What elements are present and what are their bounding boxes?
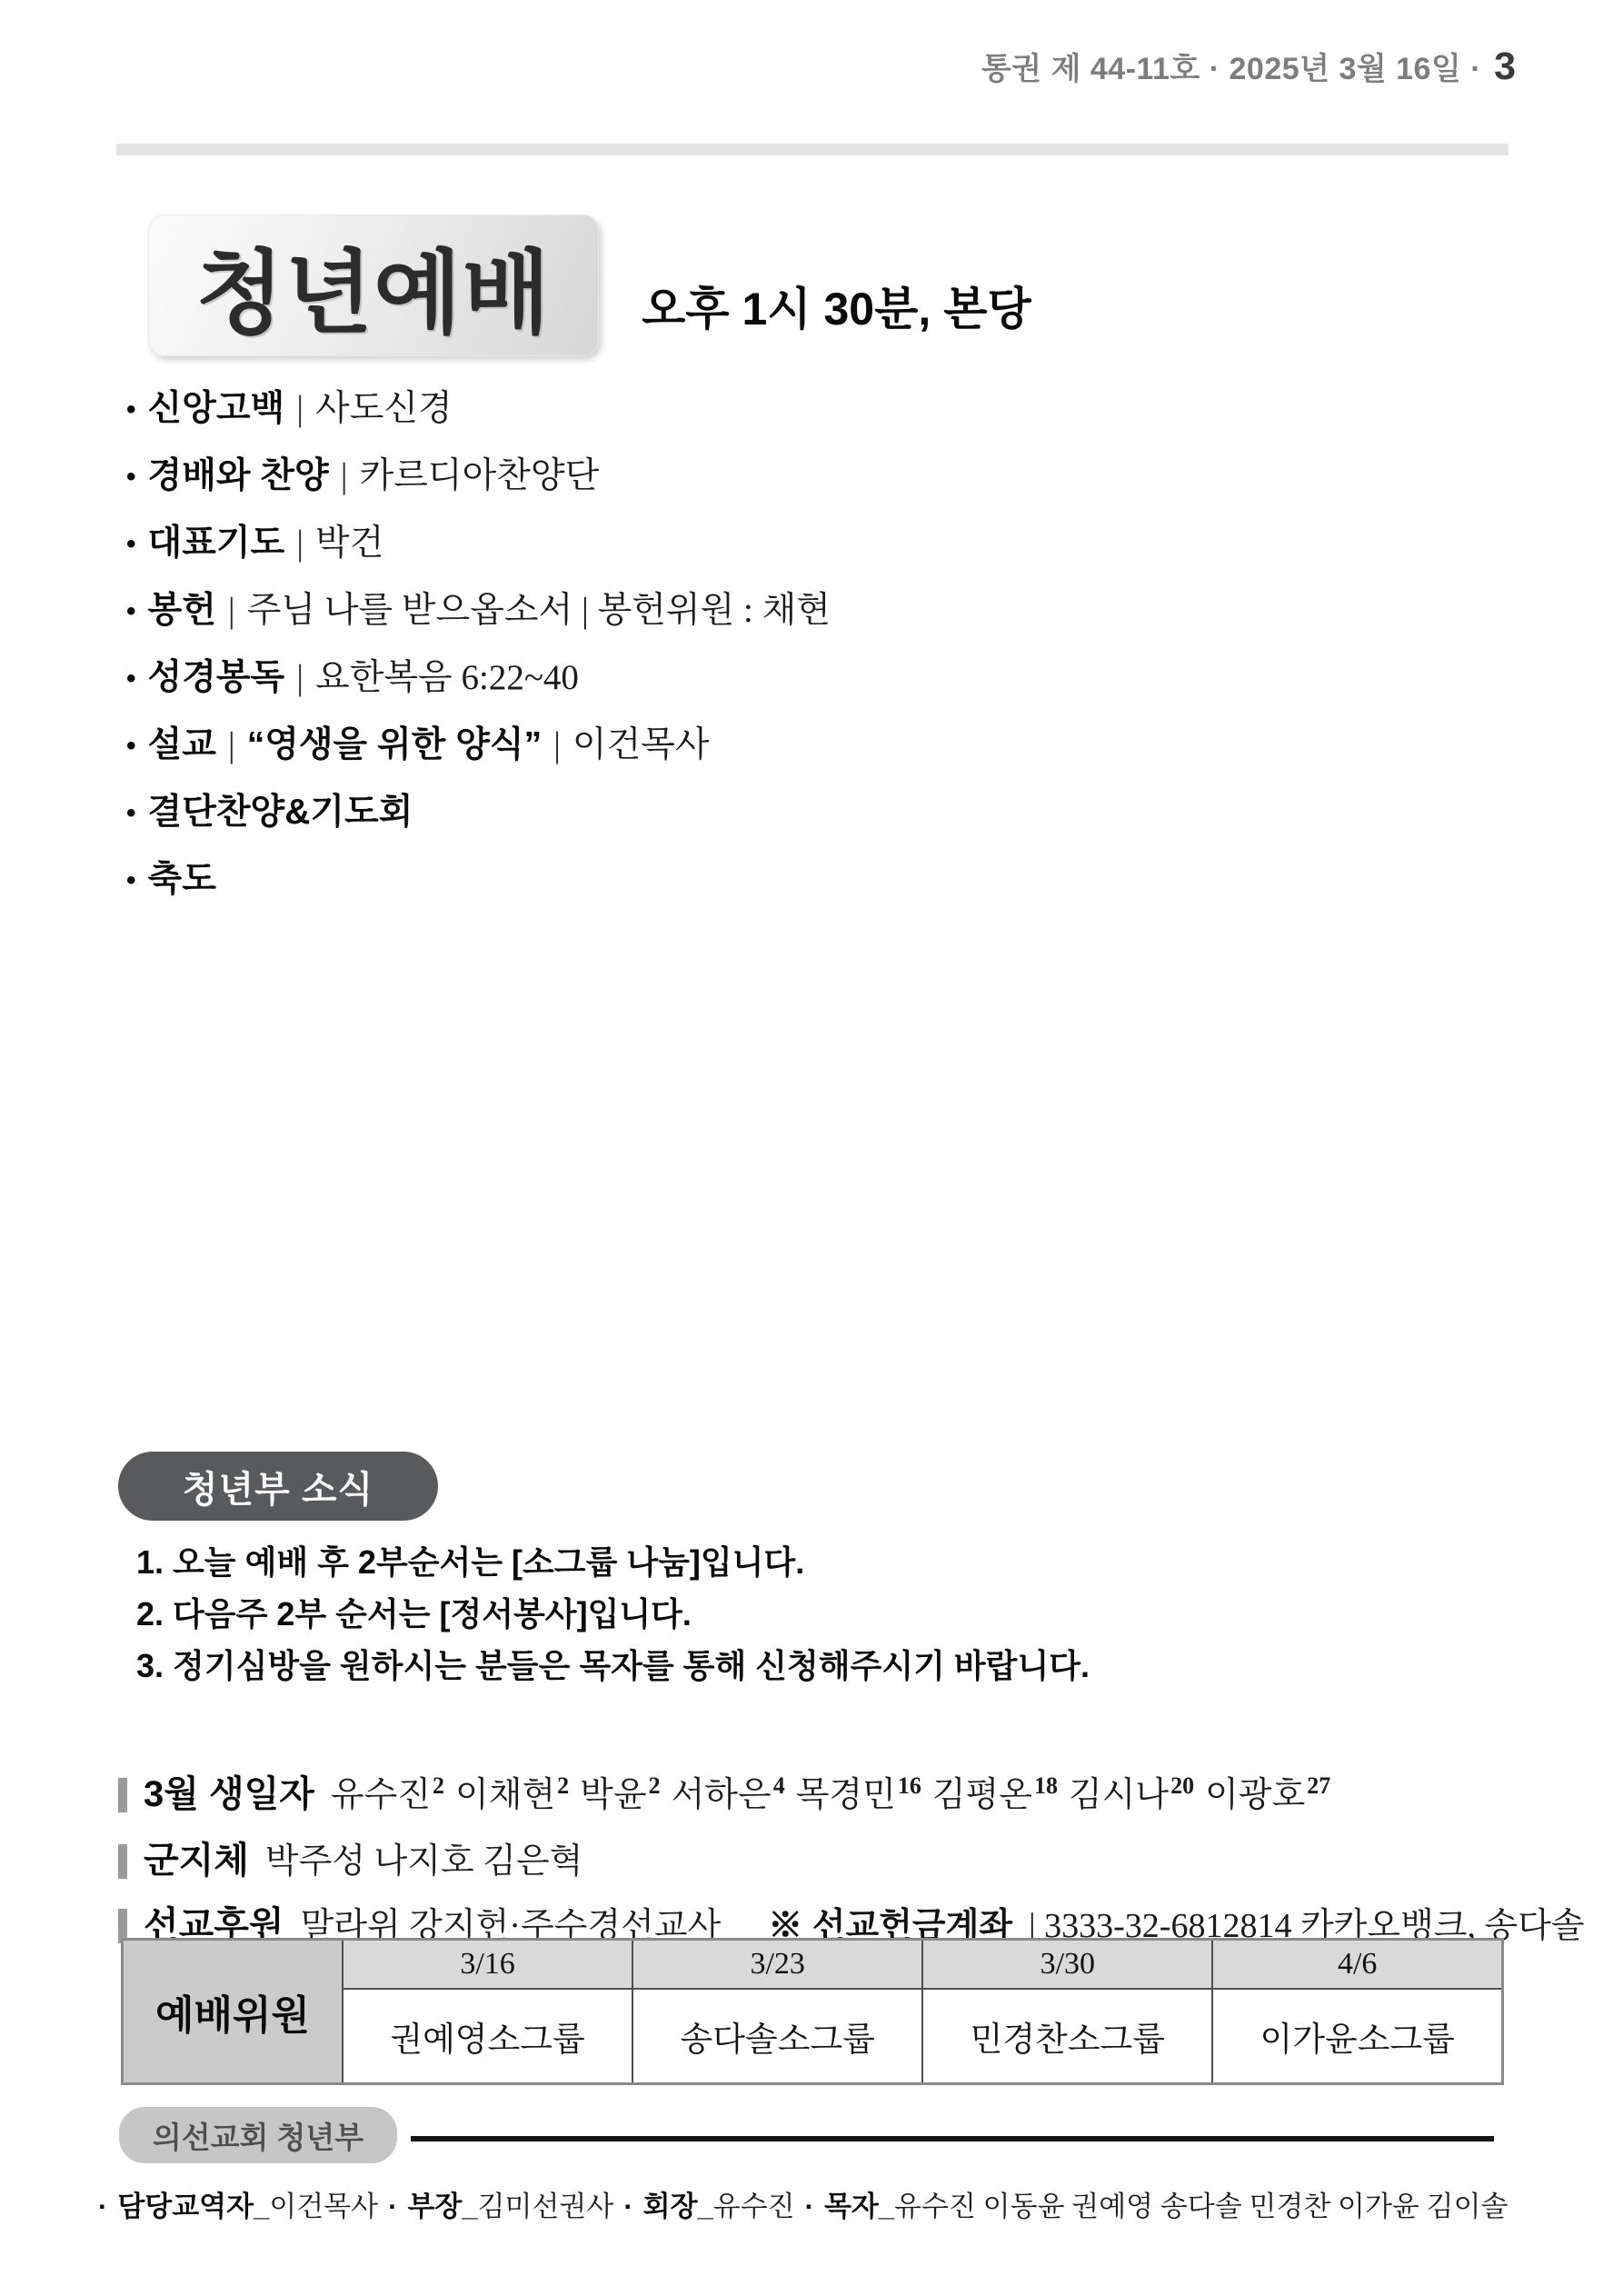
dot-separator: · (388, 2191, 397, 2223)
issue-info: 통권 제 44-11호 · 2025년 3월 16일 · (981, 44, 1481, 88)
section-bar-icon (118, 1844, 127, 1879)
separator: | (228, 724, 235, 765)
separator: | (296, 657, 304, 698)
birthday-name: 유수진2 (331, 1776, 444, 1814)
birthday-day: 2 (649, 1772, 661, 1799)
bullet-icon: • (126, 462, 136, 493)
worship-item-value: 카르디아찬양단 (360, 447, 600, 498)
table-header-row: 예배위원 3/16 3/23 3/30 4/6 (123, 1940, 1503, 1990)
separator: | (296, 388, 304, 429)
worship-item: • 성경봉독 | 요한복음 6:22~40 (126, 649, 831, 716)
birthday-day: 2 (433, 1772, 444, 1799)
announcement-item: 1. 오늘 예배 후 2부순서는 [소그룹 나눔]입니다. (136, 1536, 1090, 1588)
order-of-worship-list: • 신앙고백 | 사도신경 • 경배와 찬양 | 카르디아찬양단 • 대표기도 … (126, 380, 831, 918)
worship-item-label: 봉헌 (148, 582, 216, 633)
birthday-name: 이광호27 (1205, 1776, 1330, 1814)
footer-role: · 부장_ 김미선권사 (378, 2183, 613, 2224)
bullet-icon: • (126, 529, 136, 560)
birthday-name: 김평온18 (932, 1776, 1058, 1814)
birthday-day: 18 (1034, 1772, 1058, 1799)
table-date-header: 3/30 (922, 1940, 1212, 1990)
birthday-day: 16 (898, 1772, 921, 1799)
birthday-name: 목경민16 (796, 1776, 921, 1814)
worship-item-label: 설교 (148, 716, 216, 767)
worship-item: • 신앙고백 | 사도신경 (126, 380, 831, 447)
bullet-icon: • (126, 865, 136, 896)
dot-separator: · (623, 2191, 632, 2223)
table-row-label: 예배위원 (123, 1940, 344, 2084)
birthday-names: 유수진2이채현2박윤2서하은4목경민16김평온18김시나20이광호27 (331, 1766, 1341, 1816)
birthday-day: 27 (1307, 1772, 1330, 1799)
news-section-badge: 청년부 소식 (118, 1452, 438, 1521)
worship-item-label: 경배와 찬양 (148, 447, 329, 498)
bullet-icon: • (126, 731, 136, 762)
worship-item-label: 축도 (148, 851, 216, 902)
table-group-cell: 민경찬소그룹 (922, 1989, 1212, 2084)
birthday-name: 서하은4 (672, 1776, 785, 1814)
footer-role-value: 김미선권사 (478, 2183, 614, 2224)
table-group-cell: 송다솔소그룹 (632, 1989, 922, 2084)
birthday-label: 3월 생일자 (144, 1765, 314, 1817)
bullet-icon: • (126, 394, 136, 425)
worship-item: • 경배와 찬양 | 카르디아찬양단 (126, 447, 831, 514)
footer-role-value: 유수진 이동윤 권예영 송다솔 민경찬 이가윤 김이솔 (894, 2183, 1508, 2224)
news-badge-label: 청년부 소식 (183, 1461, 373, 1512)
worship-item-value: 사도신경 (315, 380, 453, 431)
worship-committee-table: 예배위원 3/16 3/23 3/30 4/6 권예영소그룹 송다솔소그룹 민경… (121, 1938, 1504, 2085)
page-number: 3 (1494, 45, 1516, 89)
footer-role: · 담당교역자_ 이건목사 (88, 2183, 378, 2224)
footer-rule (411, 2136, 1494, 2141)
birthday-day: 4 (773, 1772, 785, 1799)
worship-item: • 봉헌 | 주님 나를 받으옵소서 | 봉헌위원 : 채현 (126, 582, 831, 649)
header: 통권 제 44-11호 · 2025년 3월 16일 · 3 (981, 44, 1516, 89)
military-names: 박주성 나지호 김은혁 (265, 1832, 582, 1882)
separator: | (553, 724, 561, 765)
footer-badge: 의선교회 청년부 (119, 2107, 397, 2163)
separator: | (341, 455, 348, 496)
footer-role-label: 회장_ (643, 2183, 713, 2224)
worship-title-box: 청년예배 (148, 215, 599, 356)
footer-roles: · 담당교역자_ 이건목사 · 부장_ 김미선권사 · 회장_ 유수진 · 목자… (88, 2183, 1508, 2224)
footer-role: · 회장_ 유수진 (613, 2183, 794, 2224)
footer-role: · 목자_ 유수진 이동윤 권예영 송다솔 민경찬 이가윤 김이솔 (795, 2183, 1508, 2224)
table-group-cell: 이가윤소그룹 (1212, 1989, 1502, 2084)
birthday-day: 20 (1170, 1772, 1194, 1799)
military-members-line: 군지체 박주성 나지호 김은혁 (118, 1832, 582, 1883)
footer-role-value: 이건목사 (269, 2183, 378, 2224)
worship-item: • 축도 (126, 851, 831, 918)
bullet-icon: • (126, 664, 136, 694)
table-date-header: 3/16 (343, 1940, 632, 1990)
top-rule (116, 144, 1508, 155)
worship-item-label: 성경봉독 (148, 649, 285, 700)
sermon-title: “영생을 위한 양식” (247, 716, 542, 767)
worship-time-location: 오후 1시 30분, 본당 (642, 273, 1031, 338)
announcement-item: 2. 다음주 2부 순서는 [정서봉사]입니다. (136, 1588, 1090, 1640)
footer-role-label: 담당교역자_ (117, 2183, 269, 2224)
separator: | (228, 590, 235, 631)
worship-item: • 대표기도 | 박건 (126, 514, 831, 582)
worship-item-value: 박건 (315, 514, 383, 565)
birthday-day: 2 (557, 1772, 569, 1799)
worship-item-value: 주님 나를 받으옵소서 | 봉헌위원 : 채현 (247, 582, 831, 633)
table-date-header: 4/6 (1212, 1940, 1502, 1990)
worship-item-label: 신앙고백 (148, 380, 285, 431)
dot-separator: · (98, 2191, 107, 2223)
worship-item: • 결단찬양&기도회 (126, 784, 831, 851)
birthday-line: 3월 생일자 유수진2이채현2박윤2서하은4목경민16김평온18김시나20이광호… (118, 1765, 1341, 1817)
bulletin-page: 통권 제 44-11호 · 2025년 3월 16일 · 3 청년예배 오후 1… (0, 0, 1623, 2296)
table-date-header: 3/23 (632, 1940, 922, 1990)
preacher-name: 이건목사 (573, 716, 710, 767)
announcement-item: 3. 정기심방을 원하시는 분들은 목자를 통해 신청해주시기 바랍니다. (136, 1640, 1090, 1692)
announcements-list: 1. 오늘 예배 후 2부순서는 [소그룹 나눔]입니다. 2. 다음주 2부 … (136, 1536, 1090, 1692)
section-bar-icon (118, 1778, 127, 1812)
birthday-name: 박윤2 (580, 1776, 660, 1814)
footer-role-label: 부장_ (407, 2183, 477, 2224)
birthday-name: 김시나20 (1069, 1776, 1194, 1814)
footer-role-value: 유수진 (713, 2183, 795, 2224)
table-group-cell: 권예영소그룹 (343, 1989, 632, 2084)
footer-role-label: 목자_ (824, 2183, 894, 2224)
separator: | (296, 523, 304, 564)
worship-item-label: 결단찬양&기도회 (148, 784, 413, 834)
military-label: 군지체 (144, 1832, 249, 1883)
dot-separator: · (805, 2191, 814, 2223)
bullet-icon: • (126, 596, 136, 627)
worship-item-value: 요한복음 6:22~40 (315, 649, 579, 700)
bullet-icon: • (126, 798, 136, 829)
worship-item: • 설교 | “영생을 위한 양식” | 이건목사 (126, 716, 831, 784)
birthday-name: 이채현2 (455, 1776, 569, 1814)
page-title: 청년예배 (196, 220, 551, 351)
worship-item-label: 대표기도 (148, 514, 285, 565)
